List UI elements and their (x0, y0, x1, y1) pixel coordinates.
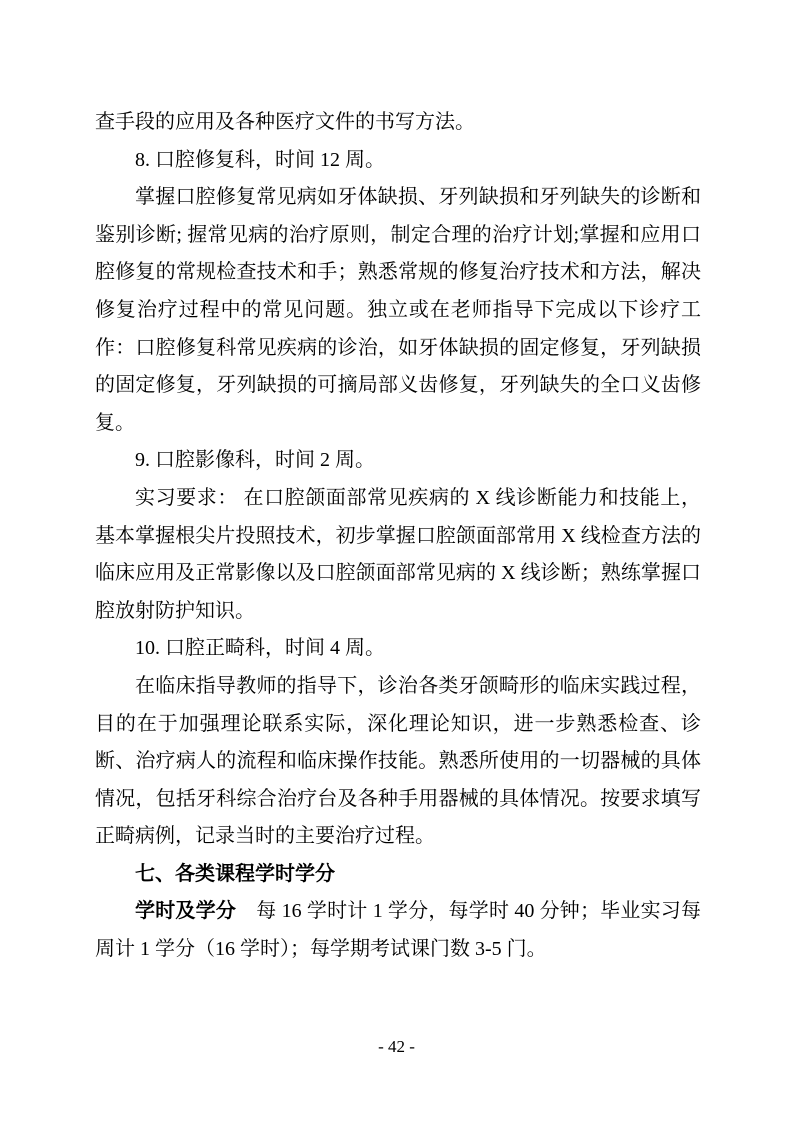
paragraph-radiology: 实习要求： 在口腔颌面部常见疾病的 X 线诊断能力和技能上，基本掌握根尖片投照技… (95, 480, 701, 630)
numbered-item-8: 8. 口腔修复科，时间 12 周。 (95, 142, 701, 180)
numbered-item-10: 10. 口腔正畸科，时间 4 周。 (95, 630, 701, 668)
numbered-item-9: 9. 口腔影像科，时间 2 周。 (95, 442, 701, 480)
paragraph-orthodontics: 在临床指导教师的指导下，诊治各类牙颌畸形的临床实践过程，目的在于加强理论联系实际… (95, 668, 701, 856)
section-heading: 七、各类课程学时学分 (95, 856, 701, 894)
paragraph-prosthodontics: 掌握口腔修复常见病如牙体缺损、牙列缺损和牙列缺失的诊断和鉴别诊断; 握常见病的治… (95, 179, 701, 442)
document-body: 查手段的应用及各种医疗文件的书写方法。 8. 口腔修复科，时间 12 周。 掌握… (95, 104, 701, 969)
paragraph-continuation: 查手段的应用及各种医疗文件的书写方法。 (95, 104, 701, 142)
document-page: 查手段的应用及各种医疗文件的书写方法。 8. 口腔修复科，时间 12 周。 掌握… (0, 0, 793, 1122)
page-number: - 42 - (0, 1036, 793, 1058)
term-label: 学时及学分 (135, 900, 236, 922)
paragraph-credit-hours: 学时及学分 每 16 学时计 1 学分，每学时 40 分钟；毕业实习每周计 1 … (95, 893, 701, 968)
